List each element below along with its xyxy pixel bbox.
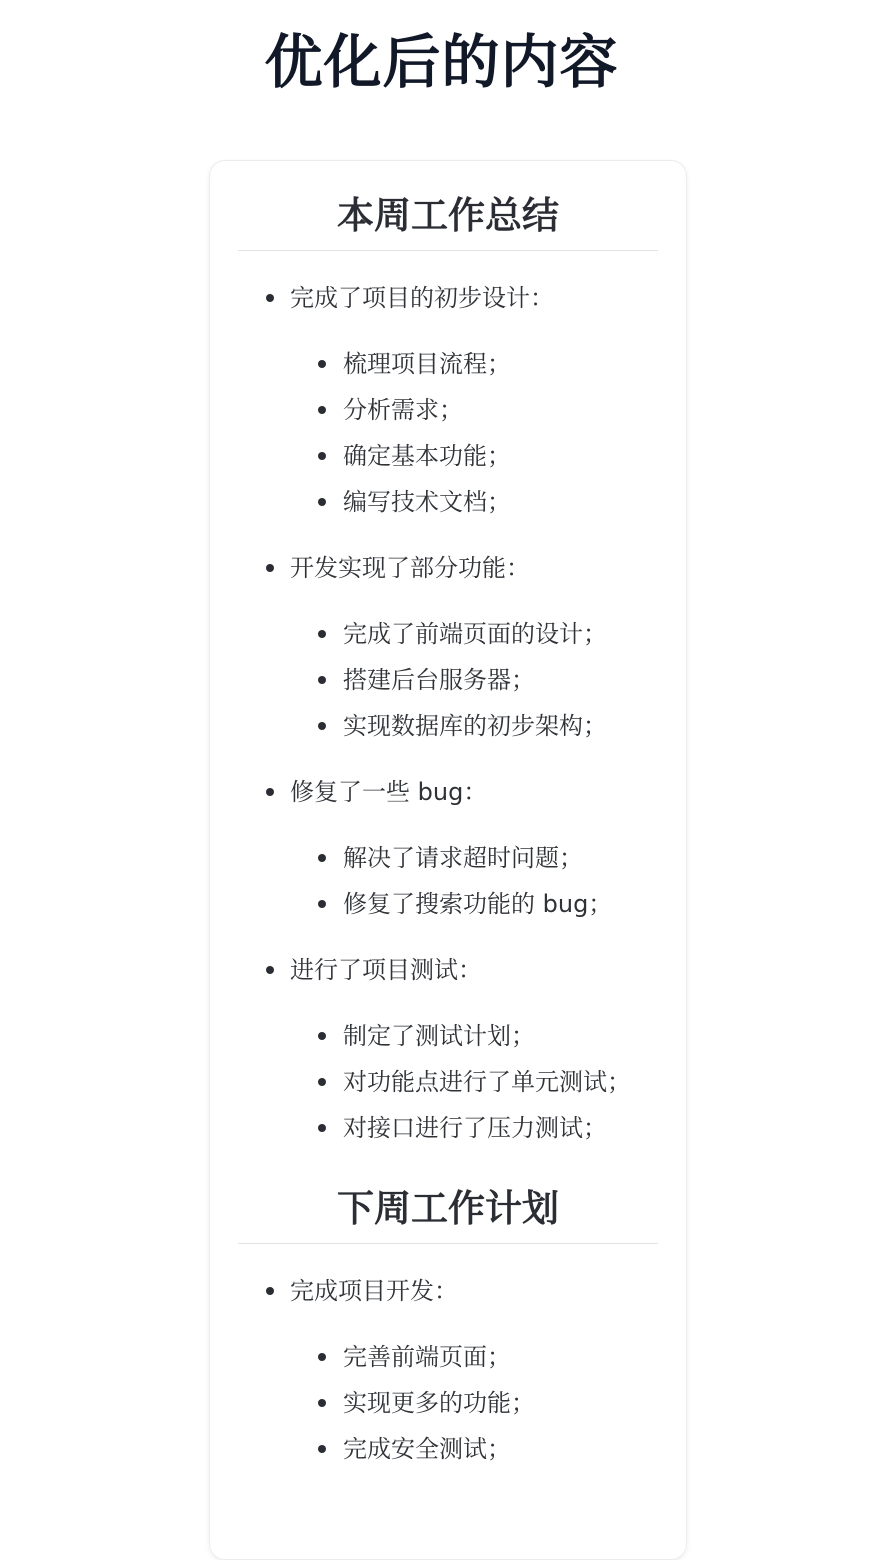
sub-item-label: 解决了请求超时问题；	[343, 844, 583, 872]
bullet-icon	[318, 1032, 326, 1040]
list-item-label: 完成项目开发：	[290, 1277, 458, 1305]
sub-item-label: 对接口进行了压力测试；	[343, 1114, 607, 1142]
list-item-label: 完成了项目的初步设计：	[290, 284, 554, 312]
sub-item-label: 修复了搜索功能的 bug；	[343, 890, 612, 918]
sub-item-label: 完善前端页面；	[343, 1343, 511, 1371]
sub-list-item: 对接口进行了压力测试；	[290, 1105, 658, 1151]
sub-item-label: 分析需求；	[343, 396, 463, 424]
bullet-icon	[318, 722, 326, 730]
sub-list-item: 梳理项目流程；	[290, 341, 658, 387]
section-title-next-week: 下周工作计划	[238, 1167, 658, 1244]
content-card: 本周工作总结 完成了项目的初步设计： 梳理项目流程； 分析需求； 确定基本功能；…	[209, 160, 687, 1460]
bullet-icon	[318, 452, 326, 460]
sub-item-label: 完成了前端页面的设计；	[343, 620, 607, 648]
section-title-this-week: 本周工作总结	[238, 161, 658, 251]
bullet-icon	[266, 1287, 274, 1295]
sub-list: 解决了请求超时问题； 修复了搜索功能的 bug；	[290, 815, 658, 927]
list-item-label: 开发实现了部分功能：	[290, 554, 530, 582]
bullet-icon	[318, 1445, 326, 1453]
bullet-icon	[266, 564, 274, 572]
sub-list: 制定了测试计划； 对功能点进行了单元测试； 对接口进行了压力测试；	[290, 993, 658, 1151]
list-item: 开发实现了部分功能： 完成了前端页面的设计； 搭建后台服务器； 实现数据库的初步…	[238, 545, 658, 749]
sub-item-label: 搭建后台服务器；	[343, 666, 535, 694]
bullet-icon	[318, 498, 326, 506]
sub-item-label: 梳理项目流程；	[343, 350, 511, 378]
bullet-icon	[318, 676, 326, 684]
sub-list-item: 完成安全测试；	[290, 1426, 658, 1460]
list-item: 完成项目开发： 完善前端页面； 实现更多的功能； 完成安全测试；	[238, 1268, 658, 1460]
sub-item-label: 实现数据库的初步架构；	[343, 712, 607, 740]
sub-list-item: 实现数据库的初步架构；	[290, 703, 658, 749]
sub-list: 梳理项目流程； 分析需求； 确定基本功能； 编写技术文档；	[290, 321, 658, 525]
sub-list-item: 对功能点进行了单元测试；	[290, 1059, 658, 1105]
sub-item-label: 对功能点进行了单元测试；	[343, 1068, 631, 1096]
bullet-icon	[318, 900, 326, 908]
bullet-icon	[318, 1399, 326, 1407]
bullet-icon	[318, 406, 326, 414]
list-item: 修复了一些 bug： 解决了请求超时问题； 修复了搜索功能的 bug；	[238, 769, 658, 927]
sub-list-item: 编写技术文档；	[290, 479, 658, 525]
sub-list-item: 修复了搜索功能的 bug；	[290, 881, 658, 927]
list-item: 完成了项目的初步设计： 梳理项目流程； 分析需求； 确定基本功能； 编写技术文档…	[238, 275, 658, 525]
sub-item-label: 制定了测试计划；	[343, 1022, 535, 1050]
sub-item-label: 确定基本功能；	[343, 442, 511, 470]
list-item-label: 进行了项目测试：	[290, 956, 482, 984]
bullet-icon	[318, 854, 326, 862]
sub-list-item: 确定基本功能；	[290, 433, 658, 479]
bullet-icon	[266, 294, 274, 302]
sub-list-item: 完善前端页面；	[290, 1334, 658, 1380]
sub-list-item: 解决了请求超时问题；	[290, 835, 658, 881]
this-week-list: 完成了项目的初步设计： 梳理项目流程； 分析需求； 确定基本功能； 编写技术文档…	[238, 251, 658, 1167]
sub-list-item: 制定了测试计划；	[290, 1013, 658, 1059]
next-week-list: 完成项目开发： 完善前端页面； 实现更多的功能； 完成安全测试；	[238, 1244, 658, 1460]
sub-item-label: 实现更多的功能；	[343, 1389, 535, 1417]
sub-item-label: 编写技术文档；	[343, 488, 511, 516]
bullet-icon	[318, 1353, 326, 1361]
bullet-icon	[318, 360, 326, 368]
sub-list-item: 分析需求；	[290, 387, 658, 433]
page-title: 优化后的内容	[0, 0, 883, 134]
sub-list-item: 搭建后台服务器；	[290, 657, 658, 703]
sub-list: 完成了前端页面的设计； 搭建后台服务器； 实现数据库的初步架构；	[290, 591, 658, 749]
sub-list-item: 实现更多的功能；	[290, 1380, 658, 1426]
sub-list: 完善前端页面； 实现更多的功能； 完成安全测试；	[290, 1314, 658, 1460]
list-item-label: 修复了一些 bug：	[290, 778, 487, 806]
bullet-icon	[318, 1124, 326, 1132]
bullet-icon	[318, 630, 326, 638]
bullet-icon	[266, 966, 274, 974]
list-item: 进行了项目测试： 制定了测试计划； 对功能点进行了单元测试； 对接口进行了压力测…	[238, 947, 658, 1151]
sub-item-label: 完成安全测试；	[343, 1435, 511, 1460]
bullet-icon	[318, 1078, 326, 1086]
sub-list-item: 完成了前端页面的设计；	[290, 611, 658, 657]
bullet-icon	[266, 788, 274, 796]
